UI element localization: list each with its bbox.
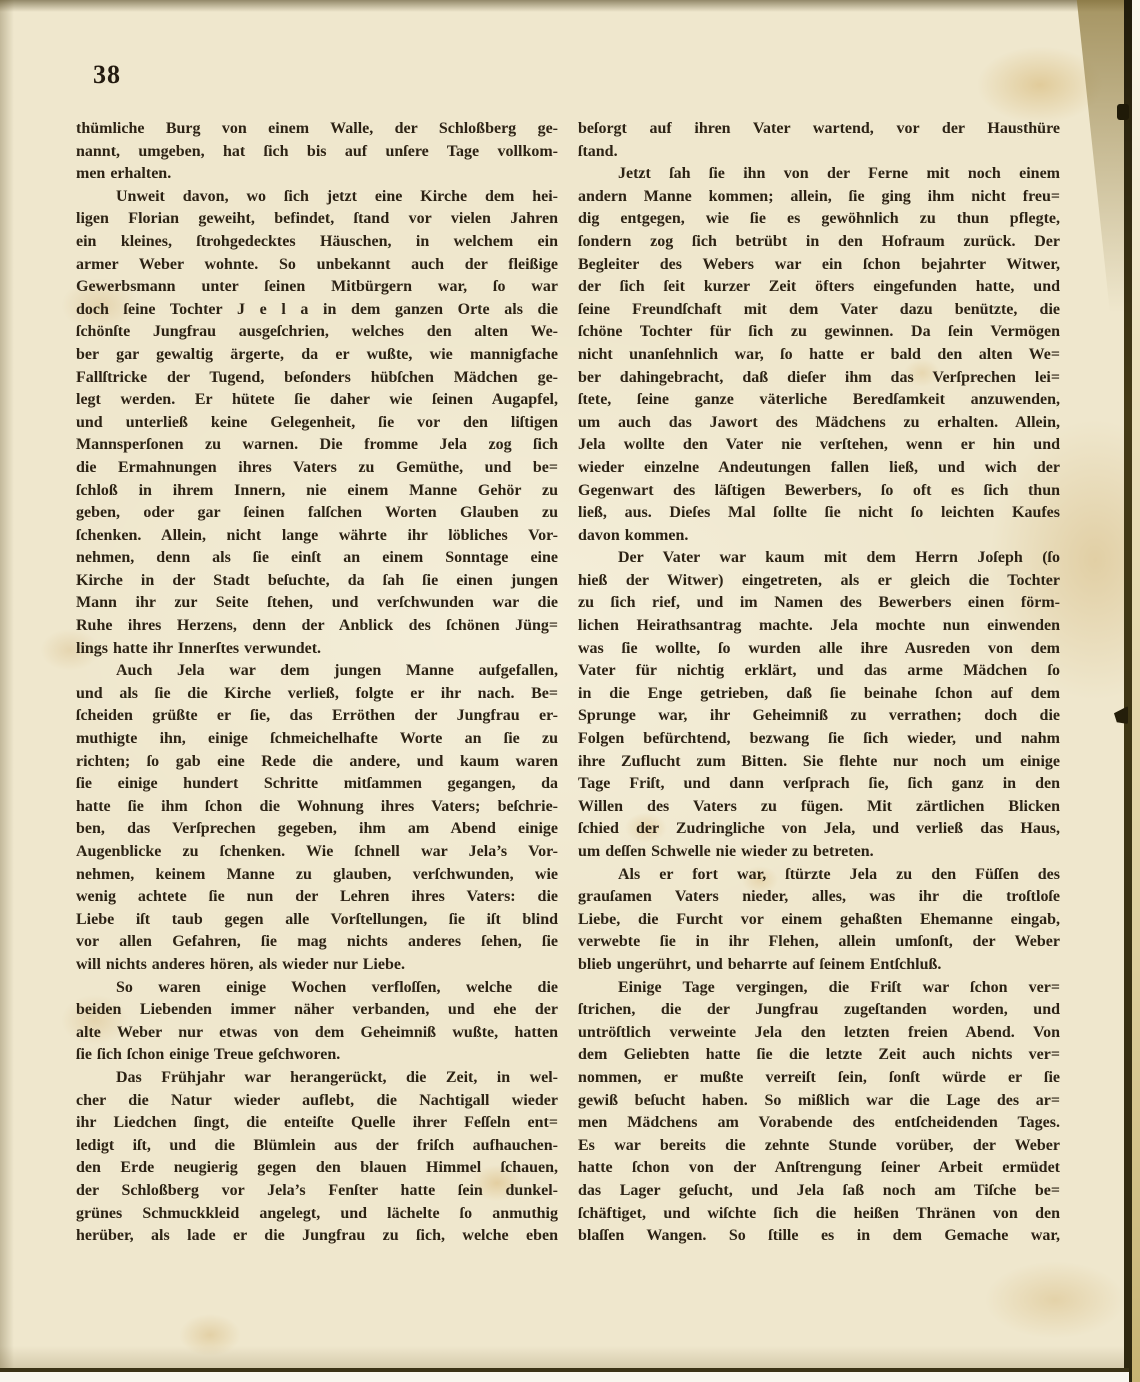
text-line: ledigt iſt, und die Blümlein aus der fri… [76,1135,558,1158]
text-line: Willen des Vaters zu fügen. Mit zärtlich… [578,796,1060,819]
text-line: herüber, als lade er die Jungfrau zu ſic… [76,1225,558,1248]
text-line: ſchönſte Jungfrau ausgeſchrien, welches … [76,321,558,344]
text-line: Vater für nichtig erklärt, und das arme … [578,660,1060,683]
text-line: Gewerbsmann unter ſeinen Mitbürgern war,… [76,276,558,299]
text-line: doch ſeine Tochter J e l a in dem ganzen… [76,299,558,322]
text-line: ſchied der Zudringliche von Jela, und ve… [578,818,1060,841]
paragraph: Als er fort war, ſtürzte Jela zu den Füſ… [578,864,1060,977]
text-line: nicht unanſehnlich war, ſo hatte er bald… [578,344,1060,367]
paragraph: So waren einige Wochen verfloſſen, welch… [76,977,558,1067]
text-line: vor allen Gefahren, ſie mag nichts ander… [76,931,558,954]
text-line: und unterließ keine Gelegenheit, ſie vor… [76,412,558,435]
text-line: ſondern zog ſich betrübt in den Hofraum … [578,231,1060,254]
text-line: Gegenwart des läſtigen Bewerbers, ſo oft… [578,480,1060,503]
paragraph: thümliche Burg von einem Walle, der Schl… [76,118,558,186]
text-line: lings hatte ihr Innerſtes verwundet. [76,638,558,661]
edge-blemish [1117,104,1129,120]
text-line: beſorgt auf ihren Vater wartend, vor der… [578,118,1060,141]
text-line: richten; ſo gab eine Rede die andere, un… [76,751,558,774]
text-line: Ruhe ihres Herzens, denn der Anblick des… [76,615,558,638]
text-line: um deſſen Schwelle nie wieder zu betrete… [578,841,1060,864]
text-line: grünes Schmuckkleid angelegt, und lächel… [76,1203,558,1226]
text-line: nehmen, keinem Manne zu glauben, verſchw… [76,864,558,887]
right-column: beſorgt auf ihren Vater wartend, vor der… [578,118,1060,1248]
text-line: men erhalten. [76,163,558,186]
text-line: ſchenken. Allein, nicht lange währte ihr… [76,525,558,548]
paragraph: Der Vater war kaum mit dem Herrn Joſeph … [578,547,1060,863]
text-line: So waren einige Wochen verfloſſen, welch… [76,977,558,1000]
text-line: gewiß beſucht haben. So mißlich war die … [578,1090,1060,1113]
text-line: zu ſich rief, und im Namen des Bewerbers… [578,592,1060,615]
text-line: ben, das Verſprechen gegeben, ihm am Abe… [76,818,558,841]
text-line: ſtrichen, die der Jungfrau zugeſtanden w… [578,999,1060,1022]
text-line: will nichts anderes hören, als wieder nu… [76,954,558,977]
text-line: Kirche in der Stadt beſuchte, da ſah ſie… [76,570,558,593]
text-line: ſie einige hundert Schritte mitſammen ge… [76,773,558,796]
text-line: Liebe, die Furcht vor einem gehaßten Ehe… [578,909,1060,932]
scanned-book-page: 38 thümliche Burg von einem Walle, der S… [0,0,1129,1372]
text-line: wieder einzelne Andeutungen fallen ließ,… [578,457,1060,480]
text-line: Unweit davon, wo ſich jetzt eine Kirche … [76,186,558,209]
text-line: untröſtlich verweinte Jela den letzten f… [578,1022,1060,1045]
text-line: Tage Friſt, und dann verſprach ſie, ſich… [578,773,1060,796]
text-line: legt werden. Er hütete ſie daher wie ſei… [76,389,558,412]
text-line: cher die Natur wieder auflebt, die Nacht… [76,1090,558,1113]
paragraph: Das Frühjahr war herangerückt, die Zeit,… [76,1067,558,1248]
text-line: Jetzt ſah ſie ihn von der Ferne mit noch… [578,163,1060,186]
text-line: Mann ihr zur Seite ſtehen, und verſchwun… [76,592,558,615]
text-line: um auch das Jawort des Mädchens zu erhal… [578,412,1060,435]
text-line: wenig achtete ſie nun der Lehren ihres V… [76,886,558,909]
text-line: beiden Liebenden immer näher verbanden, … [76,999,558,1022]
text-line: Als er fort war, ſtürzte Jela zu den Füſ… [578,864,1060,887]
text-line: lichen Heirathsantrag machte. Jela mocht… [578,615,1060,638]
text-line: ſchöne Tochter für ſich zu gewinnen. Da … [578,321,1060,344]
text-line: Einige Tage vergingen, die Friſt war ſch… [578,977,1060,1000]
text-line: men Mädchens am Vorabende des entſcheide… [578,1112,1060,1135]
text-line: geben, oder gar ſeinen falſchen Worten G… [76,502,558,525]
text-line: ſeine Freundſchaft mit dem Vater dazu be… [578,299,1060,322]
paragraph: Auch Jela war dem jungen Manne aufgefall… [76,660,558,976]
text-line: ſcheiden grüßte er ſie, das Erröthen der… [76,705,558,728]
text-line: verwebte ſie in ihr Flehen, allein umſon… [578,931,1060,954]
text-line: ligen Florian geweiht, befindet, ſtand v… [76,208,558,231]
text-line: Sprunge war, ihr Geheimniß zu verrathen;… [578,705,1060,728]
text-line: was ſie wollte, ſo wurden alle ihre Ausr… [578,638,1060,661]
text-line: dig entgegen, wie ſie es gewöhnlich zu t… [578,208,1060,231]
text-line: ihr Liedchen ſingt, die enteiſte Quelle … [76,1112,558,1135]
text-line: ſtand. [578,141,1060,164]
text-line: Der Vater war kaum mit dem Herrn Joſeph … [578,547,1060,570]
paragraph: beſorgt auf ihren Vater wartend, vor der… [578,118,1060,163]
text-line: ſie ſich ſchon einige Treue geſchworen. [76,1044,558,1067]
text-line: Jela wollte den Vater nie verſtehen, wen… [578,434,1060,457]
text-line: Augenblicke zu ſchenken. Wie ſchnell war… [76,841,558,864]
text-line: und als ſie die Kirche verließ, folgte e… [76,683,558,706]
text-line: nehmen, denn als ſie einſt an einem Sonn… [76,547,558,570]
text-line: Fallſtricke der Tugend, beſonders hübſch… [76,367,558,390]
text-line: blieb ungerührt, und beharrte auf ſeinem… [578,954,1060,977]
text-line: ließ, aus. Dieſes Mal ſollte ſie nicht ſ… [578,502,1060,525]
text-line: den Erde neugierig gegen den blauen Himm… [76,1157,558,1180]
paragraph: Einige Tage vergingen, die Friſt war ſch… [578,977,1060,1248]
text-line: Begleiter des Webers war ein ſchon bejah… [578,254,1060,277]
text-line: Folgen befürchtend, bezwang ſie ſich wie… [578,728,1060,751]
paragraph: Jetzt ſah ſie ihn von der Ferne mit noch… [578,163,1060,547]
text-line: ſchäftiget, und wiſchte ſich die heißen … [578,1203,1060,1226]
text-line: alte Weber nur etwas von dem Geheimniß w… [76,1022,558,1045]
text-line: ſtete, ſeine ganze väterliche Beredſamke… [578,389,1060,412]
text-line: der Schloßberg vor Jela’s Fenſter hatte … [76,1180,558,1203]
text-line: nannt, umgeben, hat ſich bis auf unſere … [76,141,558,164]
text-line: Das Frühjahr war herangerückt, die Zeit,… [76,1067,558,1090]
text-line: in die Enge getrieben, daß ſie beinahe ſ… [578,683,1060,706]
text-line: hatte ſchon von der Anſtrengung ſeiner A… [578,1157,1060,1180]
text-line: hatte ſie ihm ſchon die Wohnung ihres Va… [76,796,558,819]
text-line: die Ermahnungen ihres Vaters zu Gemüthe,… [76,457,558,480]
text-line: Mannsperſonen zu warnen. Die fromme Jela… [76,434,558,457]
text-line: Es war bereits die zehnte Stunde vorüber… [578,1135,1060,1158]
scan-bottom-strip [0,1372,1129,1382]
text-line: der ſich ſeit kurzer Zeit öfters eingefu… [578,276,1060,299]
text-line: nommen, er mußte verreiſt ſein, ſonſt wü… [578,1067,1060,1090]
page-number: 38 [93,60,121,90]
text-line: Liebe iſt taub gegen alle Vorſtellungen,… [76,909,558,932]
text-line: thümliche Burg von einem Walle, der Schl… [76,118,558,141]
text-line: dem Geliebten hatte ſie die letzte Zeit … [578,1044,1060,1067]
text-line: ber gar gewaltig ärgerte, da er wußte, w… [76,344,558,367]
text-line: ihre Zuflucht zum Bitten. Sie flehte nur… [578,751,1060,774]
paragraph: Unweit davon, wo ſich jetzt eine Kirche … [76,186,558,660]
text-line: hieß der Witwer) eingetreten, als er gle… [578,570,1060,593]
left-column: thümliche Burg von einem Walle, der Schl… [76,118,558,1248]
text-line: ein kleines, ſtrohgedecktes Häuschen, in… [76,231,558,254]
text-line: armer Weber wohnte. So unbekannt auch de… [76,254,558,277]
text-line: davon kommen. [578,525,1060,548]
text-line: ber dahingebracht, daß dieſer ihm das Ve… [578,367,1060,390]
next-page-edge [1132,0,1140,1382]
book-page-gap [1124,0,1132,1382]
text-line: blaſſen Wangen. So ſtille es in dem Gema… [578,1225,1060,1248]
text-line: ſchloß in ihrem Innern, nie einem Manne … [76,480,558,503]
text-line: andern Manne kommen; allein, ſie ging ih… [578,186,1060,209]
text-line: Auch Jela war dem jungen Manne aufgefall… [76,660,558,683]
text-line: das Lager geſucht, und Jela ſaß noch am … [578,1180,1060,1203]
text-line: grauſamen Vaters nieder, alles, was ihr … [578,886,1060,909]
text-line: muthigte ihn, einige ſchmeichelhafte Wor… [76,728,558,751]
